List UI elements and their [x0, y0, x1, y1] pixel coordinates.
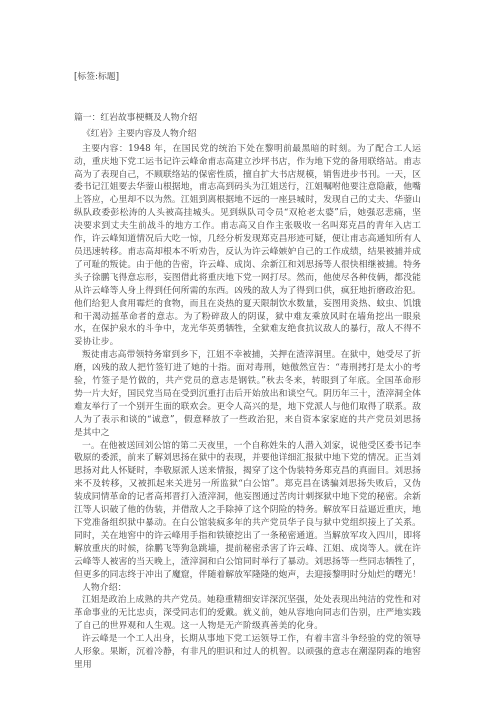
paragraph-character-xuyunfeng: 许云峰是一个工人出身，长期从事地下党工运领导工作，有着丰富斗争经验的党的领导人形…: [74, 633, 421, 672]
paragraph-characters-heading: 人物介绍：: [74, 582, 421, 595]
paragraph-summary-2: 叛徒甫志高带领特务窜到乡下，江姐不幸被捕，关押在渣滓洞里。在狱中，她受尽了折磨，…: [74, 349, 421, 439]
doc-subtitle: 《红岩》主要内容及人物介绍: [74, 128, 421, 141]
section-title: 篇一：红岩故事梗概及人物介绍: [74, 112, 421, 125]
paragraph-summary-3: 一。在他被送回刘公馆的第二天夜里，一个自称姓朱的人潜入刘家，说他受区委书记李敬原…: [74, 440, 421, 582]
paragraph-character-jiangjie: 江姐是政治上成熟的共产党员。她稳重精细安详深沉坚强，处处表现出纯洁的党性和对革命…: [74, 594, 421, 633]
paragraph-summary-1: 主要内容：1948 年，在国民党的统治下处在黎明前最黑暗的时刻。为了配合工人运动…: [74, 143, 421, 350]
document-page: [标签:标题] 篇一：红岩故事梗概及人物介绍 《红岩》主要内容及人物介绍 主要内…: [0, 0, 496, 702]
tag-label: [标签:标题]: [74, 71, 421, 84]
